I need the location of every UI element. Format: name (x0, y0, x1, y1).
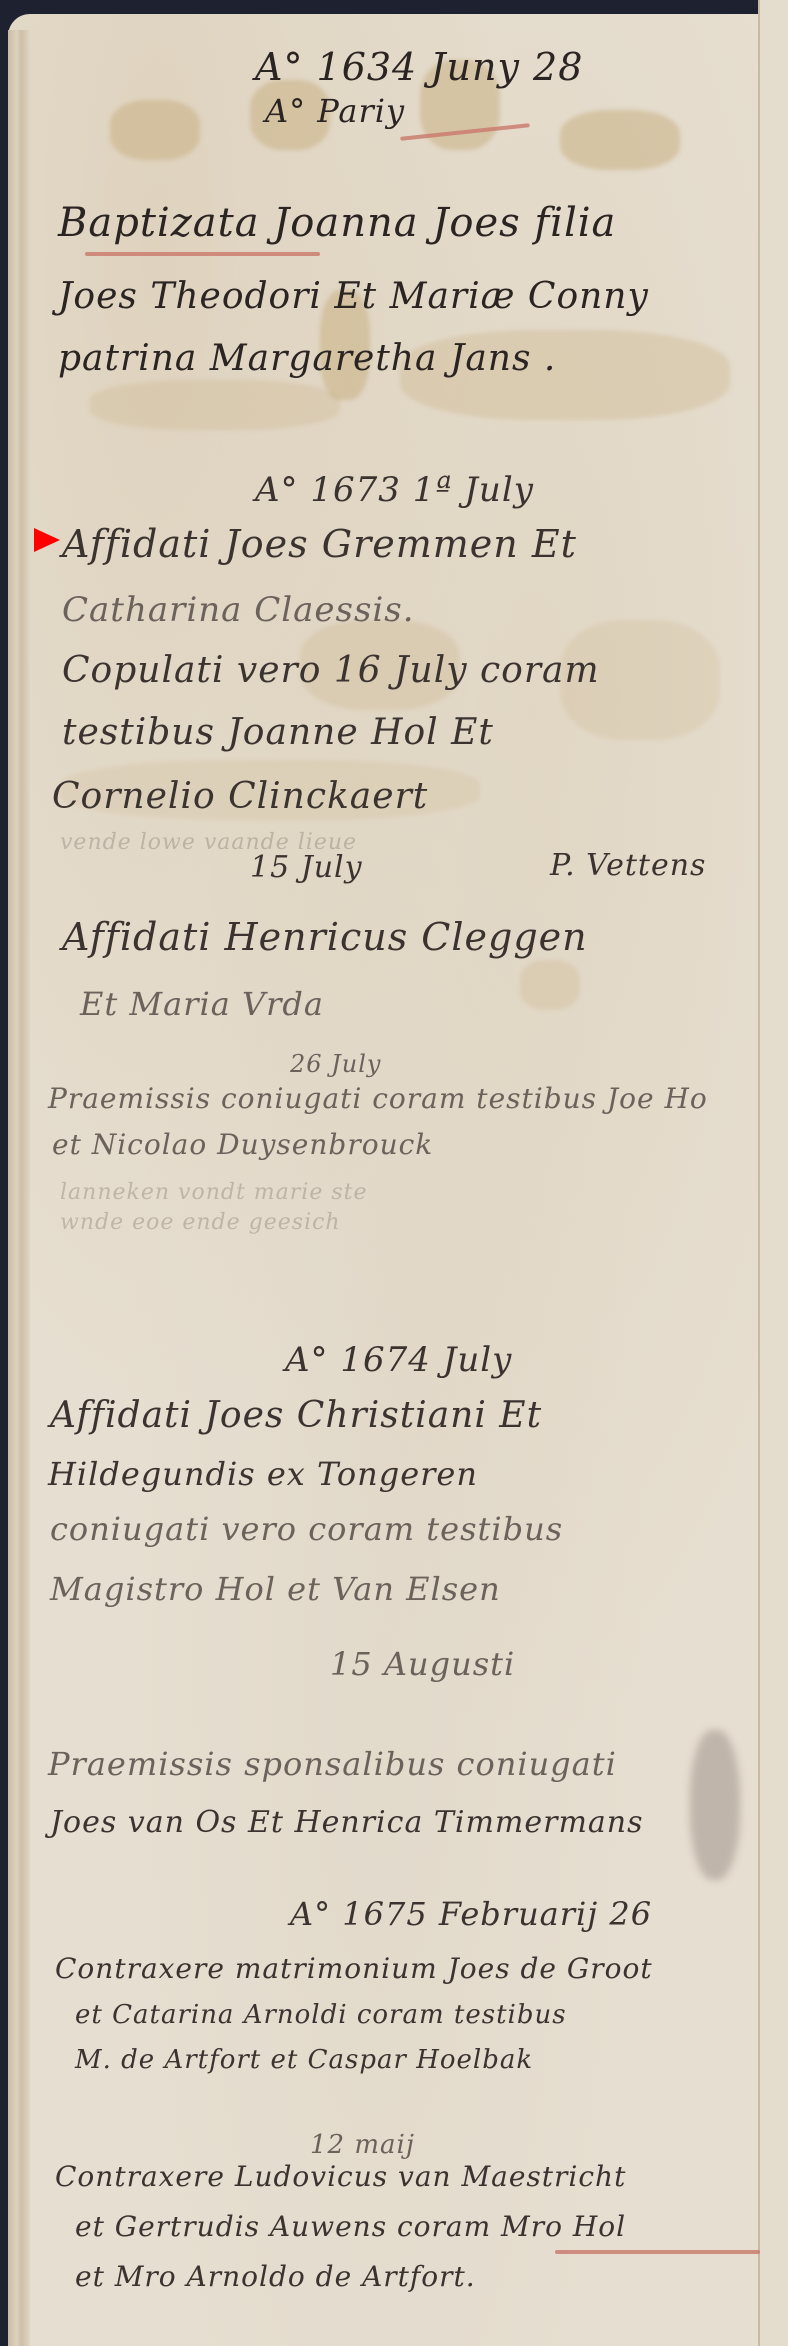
entry-text-line: Et Maria Vrda (80, 985, 324, 1023)
entry-text-line: Joes Theodori Et Mariæ Conny (58, 276, 649, 317)
entry-heading: 26 July (290, 1050, 381, 1078)
entry-text-line: Praemissis coniugati coram testibus Joe … (48, 1082, 708, 1115)
entry-text-line: testibus Joanne Hol Et (62, 712, 494, 753)
entry-heading-annotation: P. Vettens (550, 848, 706, 883)
entry-heading: A° Pariy (265, 92, 405, 130)
entry-heading: A° 1673 1ª July (255, 470, 534, 510)
red-triangle-marker-icon (34, 528, 60, 552)
red-underline (85, 252, 320, 256)
entry-text-line: Catharina Claessis. (62, 590, 415, 630)
stain (560, 110, 680, 170)
entry-text-line: et Nicolao Duysenbrouck (52, 1128, 433, 1161)
entry-heading: 15 July (250, 850, 363, 885)
entry-text-line: et Mro Arnoldo de Artfort. (75, 2260, 476, 2293)
entry-text-line: coniugati vero coram testibus (50, 1510, 563, 1548)
page-stack-edge-left (8, 30, 30, 2346)
bleed-through-text: wnde eoe ende geesich (60, 1210, 341, 1235)
entry-text-line: M. de Artfort et Caspar Hoelbak (75, 2045, 533, 2075)
bleed-through-text: lanneken vondt marie ste (60, 1180, 367, 1205)
entry-text-line: Joes van Os Et Henrica Timmermans (50, 1805, 644, 1840)
entry-text-line: Affidati Joes Gremmen Et (62, 522, 577, 566)
entry-heading: A° 1674 July (285, 1340, 512, 1380)
entry-text-line: et Catarina Arnoldi coram testibus (75, 2000, 567, 2030)
stain (520, 960, 580, 1010)
entry-text-line: et Gertrudis Auwens coram Mro Hol (75, 2210, 626, 2243)
entry-text-line: Affidati Joes Christiani Et (50, 1395, 542, 1436)
page-edge-right (758, 0, 788, 2346)
entry-text-line: Contraxere Ludovicus van Maestricht (55, 2160, 626, 2193)
entry-text-line: Contraxere matrimonium Joes de Groot (55, 1952, 653, 1985)
entry-text-line: patrina Margaretha Jans . (58, 338, 556, 379)
entry-text-line: Magistro Hol et Van Elsen (50, 1570, 501, 1608)
stain (90, 380, 340, 430)
entry-heading: 15 Augusti (330, 1645, 515, 1683)
entry-text-line: Cornelio Clinckaert (52, 776, 428, 817)
entry-heading: 12 maij (310, 2130, 415, 2160)
entry-text-line: Affidati Henricus Cleggen (62, 915, 588, 959)
entry-text-line: Hildegundis ex Tongeren (48, 1455, 478, 1493)
red-underline (555, 2250, 760, 2254)
ink-smudge (690, 1730, 740, 1880)
entry-heading: A° 1634 Juny 28 (255, 45, 583, 89)
entry-text-line: Praemissis sponsalibus coniugati (48, 1745, 617, 1783)
entry-text-line: Copulati vero 16 July coram (62, 650, 600, 691)
stain (110, 100, 200, 160)
entry-text-line: Baptizata Joanna Joes filia (58, 200, 616, 246)
entry-heading: A° 1675 Februarij 26 (290, 1895, 652, 1933)
